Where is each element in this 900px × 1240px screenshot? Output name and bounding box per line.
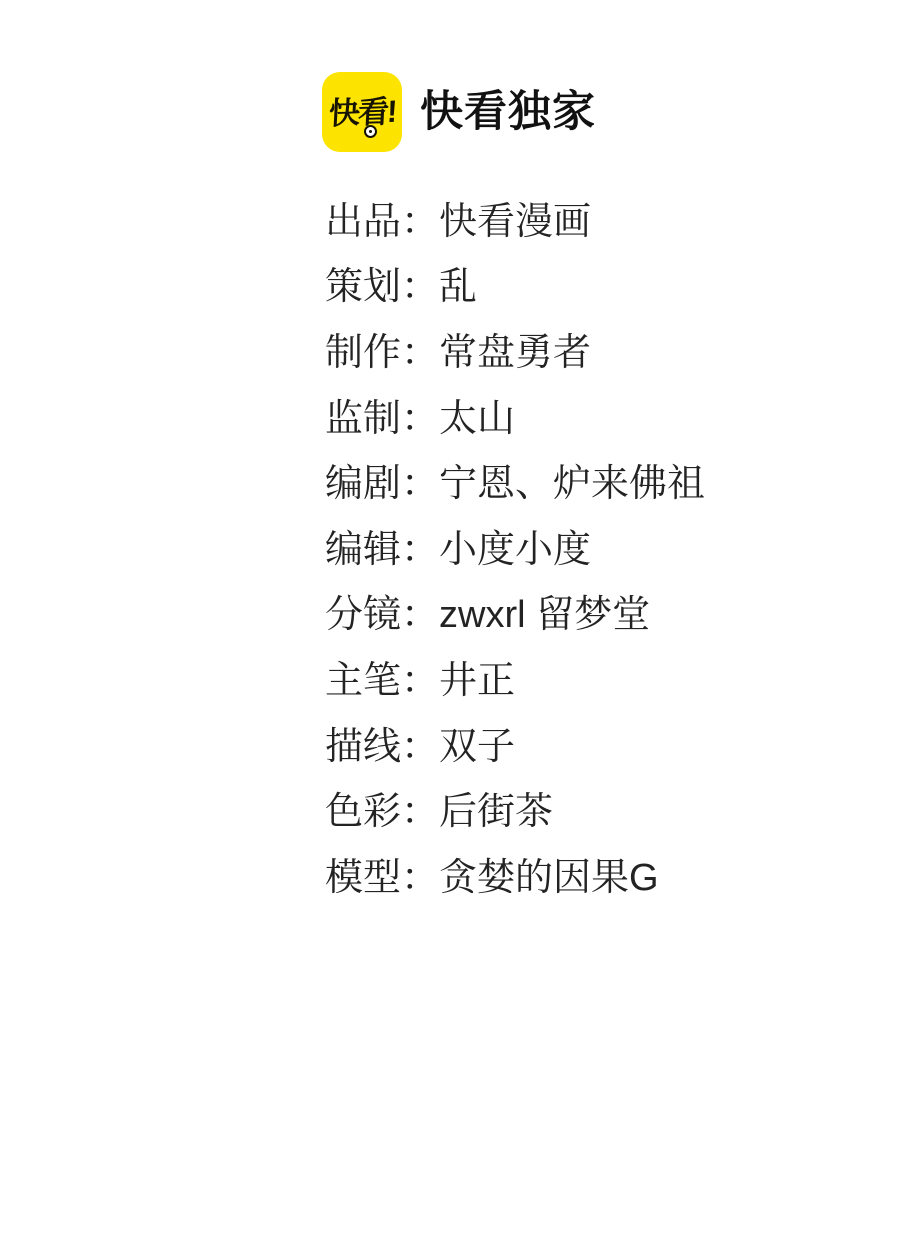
- credit-label: 分镜：: [325, 596, 439, 634]
- credit-value: 贪婪的因果G: [439, 859, 659, 897]
- credit-row-lead-artist: 主笔： 井正: [325, 648, 705, 714]
- kuaikan-logo-text: 快看!: [328, 95, 396, 128]
- credit-row-storyboard: 分镜： zwxrl 留梦堂: [325, 583, 705, 649]
- credit-value: 太山: [439, 400, 515, 438]
- credit-label: 编辑：: [325, 531, 439, 569]
- credit-label: 描线：: [325, 728, 439, 766]
- credits-list: 出品： 快看漫画 策划： 乱 制作： 常盘勇者 监制： 太山 编剧： 宁恩、炉来…: [325, 189, 705, 911]
- credit-row-producer: 出品： 快看漫画: [325, 189, 705, 255]
- credit-row-production: 制作： 常盘勇者: [325, 320, 705, 386]
- credit-value: 乱: [439, 268, 477, 306]
- credit-value: 井正: [439, 662, 515, 700]
- credit-value: 常盘勇者: [439, 334, 591, 372]
- credit-label: 主笔：: [325, 662, 439, 700]
- credit-row-lineart: 描线： 双子: [325, 714, 705, 780]
- credit-value: 后街茶: [439, 793, 553, 831]
- credit-label: 制作：: [325, 334, 439, 372]
- credit-row-model: 模型： 贪婪的因果G: [325, 845, 705, 911]
- credit-label: 监制：: [325, 400, 439, 438]
- credit-label: 编剧：: [325, 465, 439, 503]
- credit-row-editor: 编辑： 小度小度: [325, 517, 705, 583]
- credit-row-screenwriter: 编剧： 宁恩、炉来佛祖: [325, 451, 705, 517]
- credit-label: 出品：: [325, 203, 439, 241]
- kuaikan-logo-icon: 快看!: [322, 72, 402, 152]
- credit-row-supervisor: 监制： 太山: [325, 386, 705, 452]
- credits-page: 快看! 快看独家 出品： 快看漫画 策划： 乱 制作： 常盘勇者 监制： 太山 …: [0, 0, 900, 1240]
- credit-value: 小度小度: [439, 531, 591, 569]
- credit-value: 快看漫画: [439, 203, 591, 241]
- credit-value: 双子: [439, 728, 515, 766]
- credit-row-planning: 策划： 乱: [325, 255, 705, 321]
- credit-value: zwxrl 留梦堂: [439, 596, 650, 634]
- credit-value: 宁恩、炉来佛祖: [439, 465, 705, 503]
- page-title: 快看独家: [420, 91, 596, 134]
- credit-row-color: 色彩： 后街茶: [325, 779, 705, 845]
- credit-label: 色彩：: [325, 793, 439, 831]
- credit-label: 模型：: [325, 859, 439, 897]
- logo-face-icon: [364, 125, 377, 138]
- credit-label: 策划：: [325, 268, 439, 306]
- header: 快看! 快看独家: [322, 72, 596, 152]
